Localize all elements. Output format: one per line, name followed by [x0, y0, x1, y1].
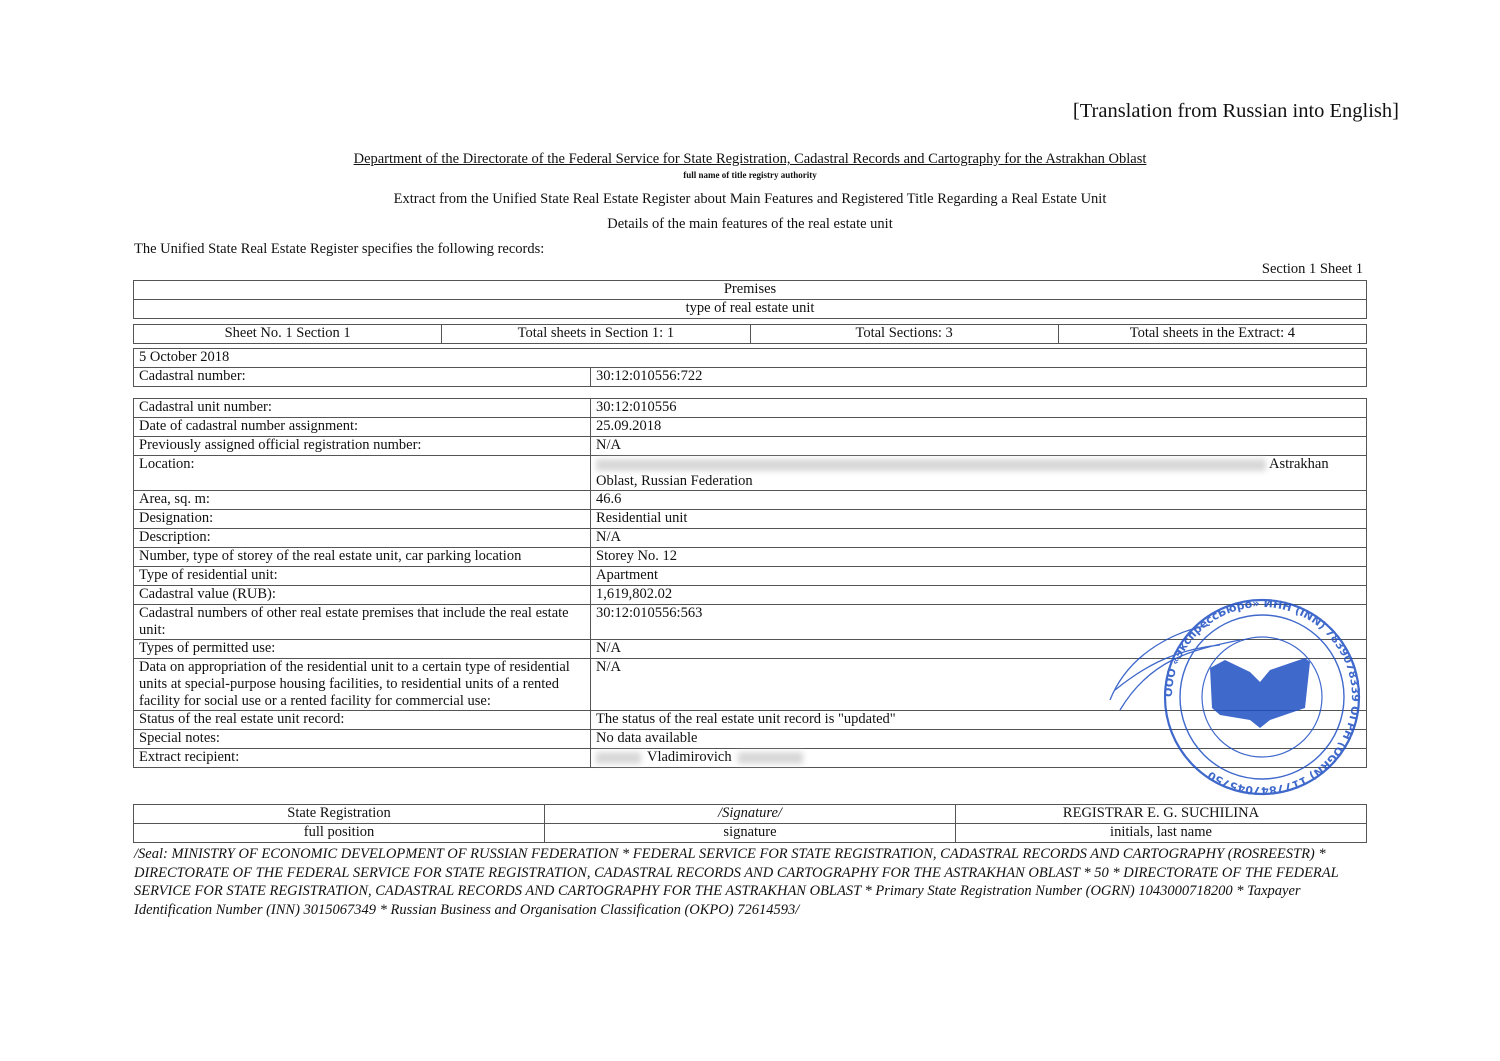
table-row: Previously assigned official registratio… [134, 437, 1367, 456]
redacted-address [596, 459, 1266, 471]
record-value: No data available [591, 730, 1367, 749]
record-label: Number, type of storey of the real estat… [134, 548, 591, 567]
intro-text: The Unified State Real Estate Register s… [134, 241, 544, 258]
section-sheet-label: Section 1 Sheet 1 [1262, 261, 1363, 278]
record-value: 25.09.2018 [591, 418, 1367, 437]
unit-type-table: Premises type of real estate unit [133, 280, 1367, 319]
unit-type-value: Premises [134, 281, 1367, 300]
table-row: Description:N/A [134, 529, 1367, 548]
record-label: Date of cadastral number assignment: [134, 418, 591, 437]
record-label: Cadastral unit number: [134, 399, 591, 418]
record-label: Cadastral numbers of other real estate p… [134, 605, 591, 640]
record-label: Data on appropriation of the residential… [134, 659, 591, 711]
signer-name: REGISTRAR E. G. SUCHILINA [956, 805, 1367, 824]
table-row: Date of cadastral number assignment:25.0… [134, 418, 1367, 437]
record-value: N/A [591, 659, 1367, 711]
cadastral-number-value: 30:12:010556:722 [591, 368, 1367, 387]
record-label: Cadastral value (RUB): [134, 586, 591, 605]
redacted-first-name [596, 752, 641, 764]
table-row: Cadastral value (RUB):1,619,802.02 [134, 586, 1367, 605]
location-line2: Oblast, Russian Federation [596, 473, 1361, 490]
table-row: Types of permitted use:N/A [134, 640, 1367, 659]
authority-name: Department of the Directorate of the Fed… [0, 151, 1500, 168]
extract-date: 5 October 2018 [134, 349, 1367, 368]
total-sheets-section: Total sheets in Section 1: 1 [442, 325, 750, 344]
record-label: Types of permitted use: [134, 640, 591, 659]
recipient-patronymic: Vladimirovich [647, 749, 732, 765]
table-row: Cadastral numbers of other real estate p… [134, 605, 1367, 640]
record-value: The status of the real estate unit recor… [591, 711, 1367, 730]
record-value: 30:12:010556:563 [591, 605, 1367, 640]
table-row: Extract recipient:Vladimirovich [134, 749, 1367, 768]
record-value: AstrakhanOblast, Russian Federation [591, 456, 1367, 491]
record-value: 30:12:010556 [591, 399, 1367, 418]
record-value: Residential unit [591, 510, 1367, 529]
record-value: Vladimirovich [591, 749, 1367, 768]
record-label: Previously assigned official registratio… [134, 437, 591, 456]
signature-table: State Registration /Signature/ REGISTRAR… [133, 804, 1367, 843]
table-row: Location:AstrakhanOblast, Russian Federa… [134, 456, 1367, 491]
record-label: Location: [134, 456, 591, 491]
unit-type-caption: type of real estate unit [134, 300, 1367, 319]
position-caption: full position [134, 824, 545, 843]
table-row: Number, type of storey of the real estat… [134, 548, 1367, 567]
table-row: Area, sq. m:46.6 [134, 491, 1367, 510]
total-sections: Total Sections: 3 [750, 325, 1058, 344]
records-table: Cadastral unit number:30:12:010556Date o… [133, 398, 1367, 768]
record-label: Special notes: [134, 730, 591, 749]
translation-note: [Translation from Russian into English] [1073, 100, 1399, 123]
details-title: Details of the main features of the real… [0, 216, 1500, 233]
total-sheets-extract: Total sheets in the Extract: 4 [1058, 325, 1366, 344]
record-value: N/A [591, 640, 1367, 659]
signer-position: State Registration [134, 805, 545, 824]
table-row: Designation:Residential unit [134, 510, 1367, 529]
record-value: 46.6 [591, 491, 1367, 510]
authority-caption: full name of title registry authority [0, 170, 1500, 180]
signature-caption: signature [545, 824, 956, 843]
sheets-table: Sheet No. 1 Section 1 Total sheets in Se… [133, 324, 1367, 344]
record-value: Apartment [591, 567, 1367, 586]
record-value: Storey No. 12 [591, 548, 1367, 567]
record-label: Area, sq. m: [134, 491, 591, 510]
record-value: N/A [591, 437, 1367, 456]
record-value: 1,619,802.02 [591, 586, 1367, 605]
signature-mark: /Signature/ [545, 805, 956, 824]
table-row: Data on appropriation of the residential… [134, 659, 1367, 711]
seal-note: /Seal: MINISTRY OF ECONOMIC DEVELOPMENT … [134, 845, 1366, 919]
redacted-last-name [738, 752, 803, 764]
table-row: Status of the real estate unit record:Th… [134, 711, 1367, 730]
table-row: Type of residential unit:Apartment [134, 567, 1367, 586]
table-row: Special notes:No data available [134, 730, 1367, 749]
record-label: Designation: [134, 510, 591, 529]
record-label: Description: [134, 529, 591, 548]
location-suffix: Astrakhan [1269, 456, 1329, 472]
record-label: Status of the real estate unit record: [134, 711, 591, 730]
cadastral-number-label: Cadastral number: [134, 368, 591, 387]
record-value: N/A [591, 529, 1367, 548]
sheet-number: Sheet No. 1 Section 1 [134, 325, 442, 344]
extract-title: Extract from the Unified State Real Esta… [0, 191, 1500, 208]
record-label: Extract recipient: [134, 749, 591, 768]
name-caption: initials, last name [956, 824, 1367, 843]
date-table: 5 October 2018 Cadastral number: 30:12:0… [133, 348, 1367, 387]
record-label: Type of residential unit: [134, 567, 591, 586]
table-row: Cadastral unit number:30:12:010556 [134, 399, 1367, 418]
